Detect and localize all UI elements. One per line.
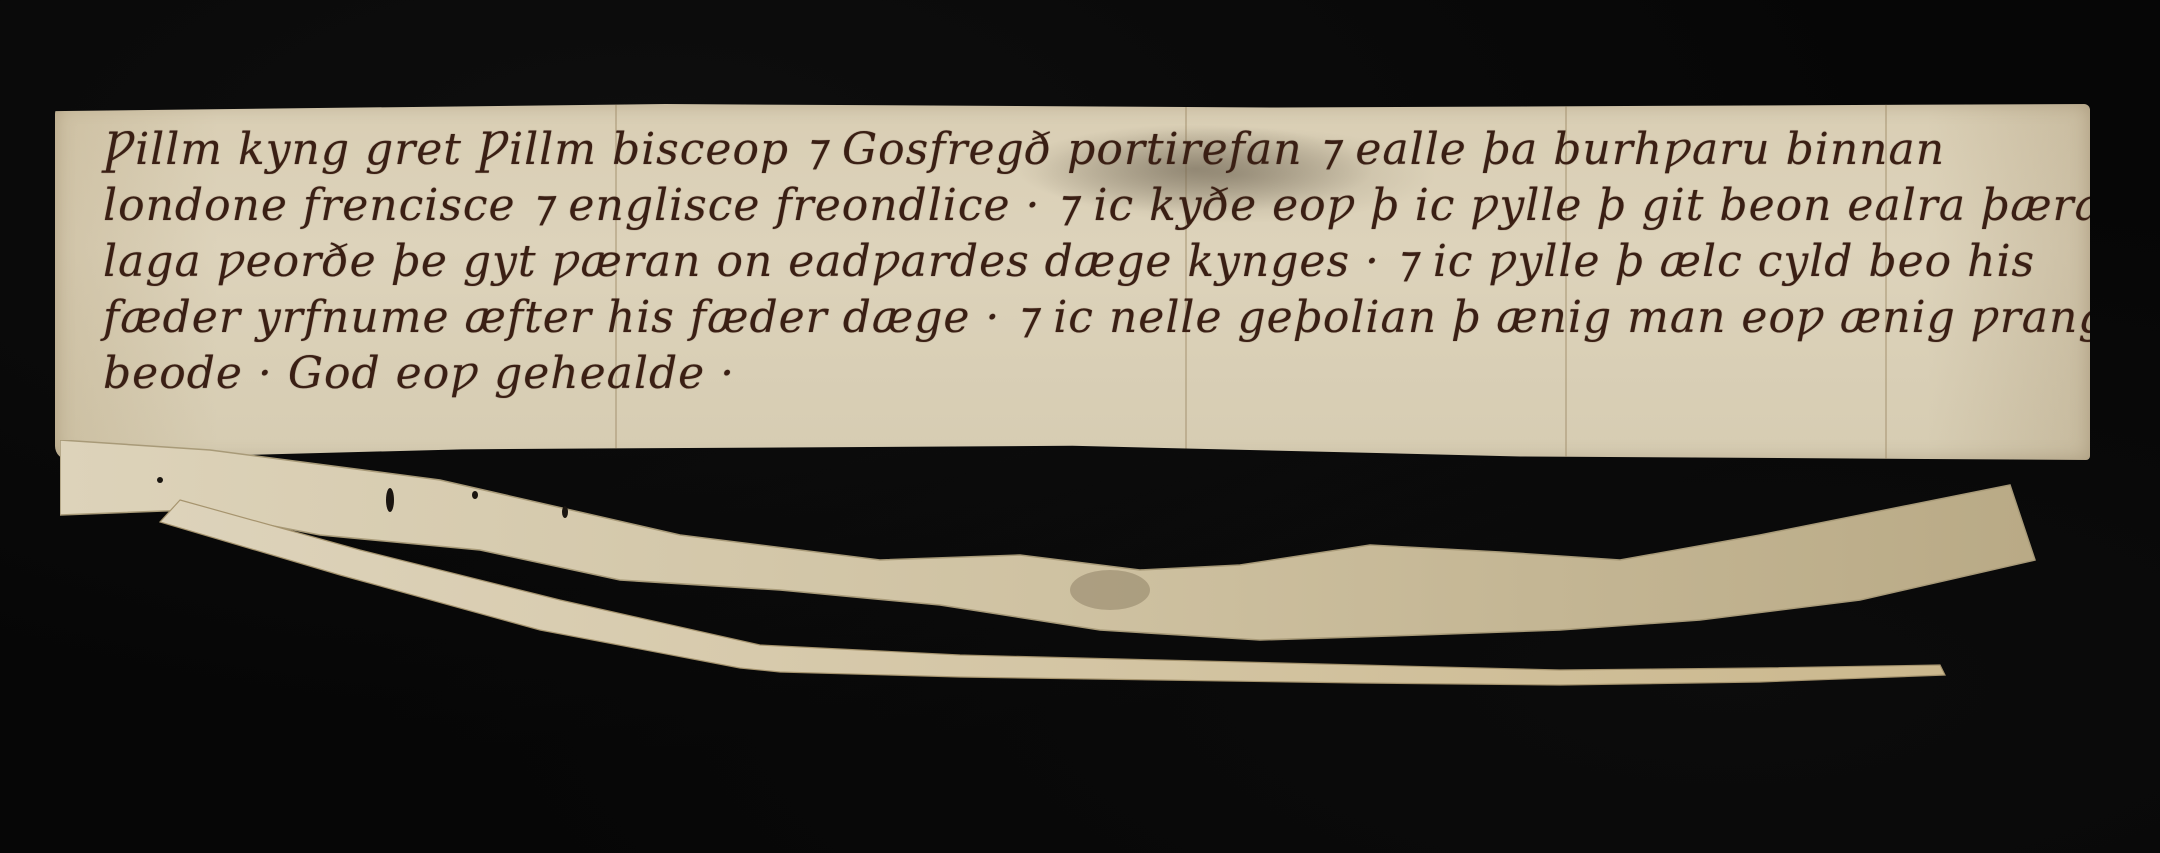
hole <box>386 488 394 512</box>
manuscript-line: londone frencisce ⁊ englisce freondlice … <box>103 178 2063 234</box>
tongue-and-tie-svg <box>60 440 2060 690</box>
manuscript-line: beode · God eoƿ gehealde · <box>103 346 2063 402</box>
hole <box>562 506 568 518</box>
sealing-tongue <box>60 440 2035 640</box>
manuscript-line: laga ƿeorðe þe gyt ƿæran on eadƿardes dæ… <box>103 234 2063 290</box>
parchment-strips <box>60 440 2060 690</box>
parchment-writ: Ƿillm kyng gret Ƿillm bisceop ⁊ Gosfregð… <box>55 104 2090 460</box>
stain <box>1070 570 1150 610</box>
hole <box>157 477 163 483</box>
manuscript-line: Ƿillm kyng gret Ƿillm bisceop ⁊ Gosfregð… <box>103 122 2063 178</box>
hole <box>472 491 478 499</box>
manuscript-text: Ƿillm kyng gret Ƿillm bisceop ⁊ Gosfregð… <box>103 122 2063 402</box>
manuscript-line: fæder yrfnume æfter his fæder dæge · ⁊ i… <box>103 290 2063 346</box>
